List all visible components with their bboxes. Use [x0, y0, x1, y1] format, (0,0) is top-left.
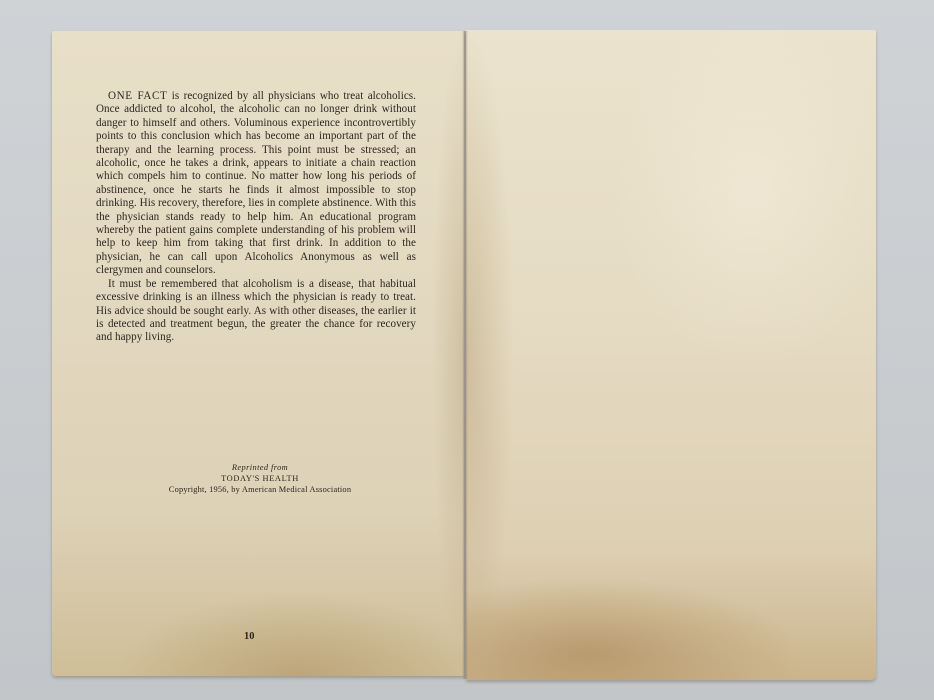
lead-in-caps: ONE FACT: [108, 90, 167, 102]
paragraph-2: It must be remembered that alcoholism is…: [96, 278, 416, 345]
reprinted-from-label: Reprinted from: [140, 462, 380, 473]
page-number: 10: [244, 631, 255, 642]
paragraph-1-text: is recognized by all physicians who trea…: [96, 90, 416, 276]
paragraph-1: ONE FACT is recognized by all physicians…: [96, 90, 416, 278]
book-gutter: [462, 31, 468, 679]
paragraph-2-text: It must be remembered that alcoholism is…: [96, 278, 416, 344]
reprint-credit: Reprinted from TODAY'S HEALTH Copyright,…: [140, 462, 380, 495]
body-text: ONE FACT is recognized by all physicians…: [96, 90, 416, 345]
copyright-line: Copyright, 1956, by American Medical Ass…: [140, 484, 380, 495]
publication-name: TODAY'S HEALTH: [140, 473, 380, 484]
right-page-blank: [466, 30, 876, 680]
